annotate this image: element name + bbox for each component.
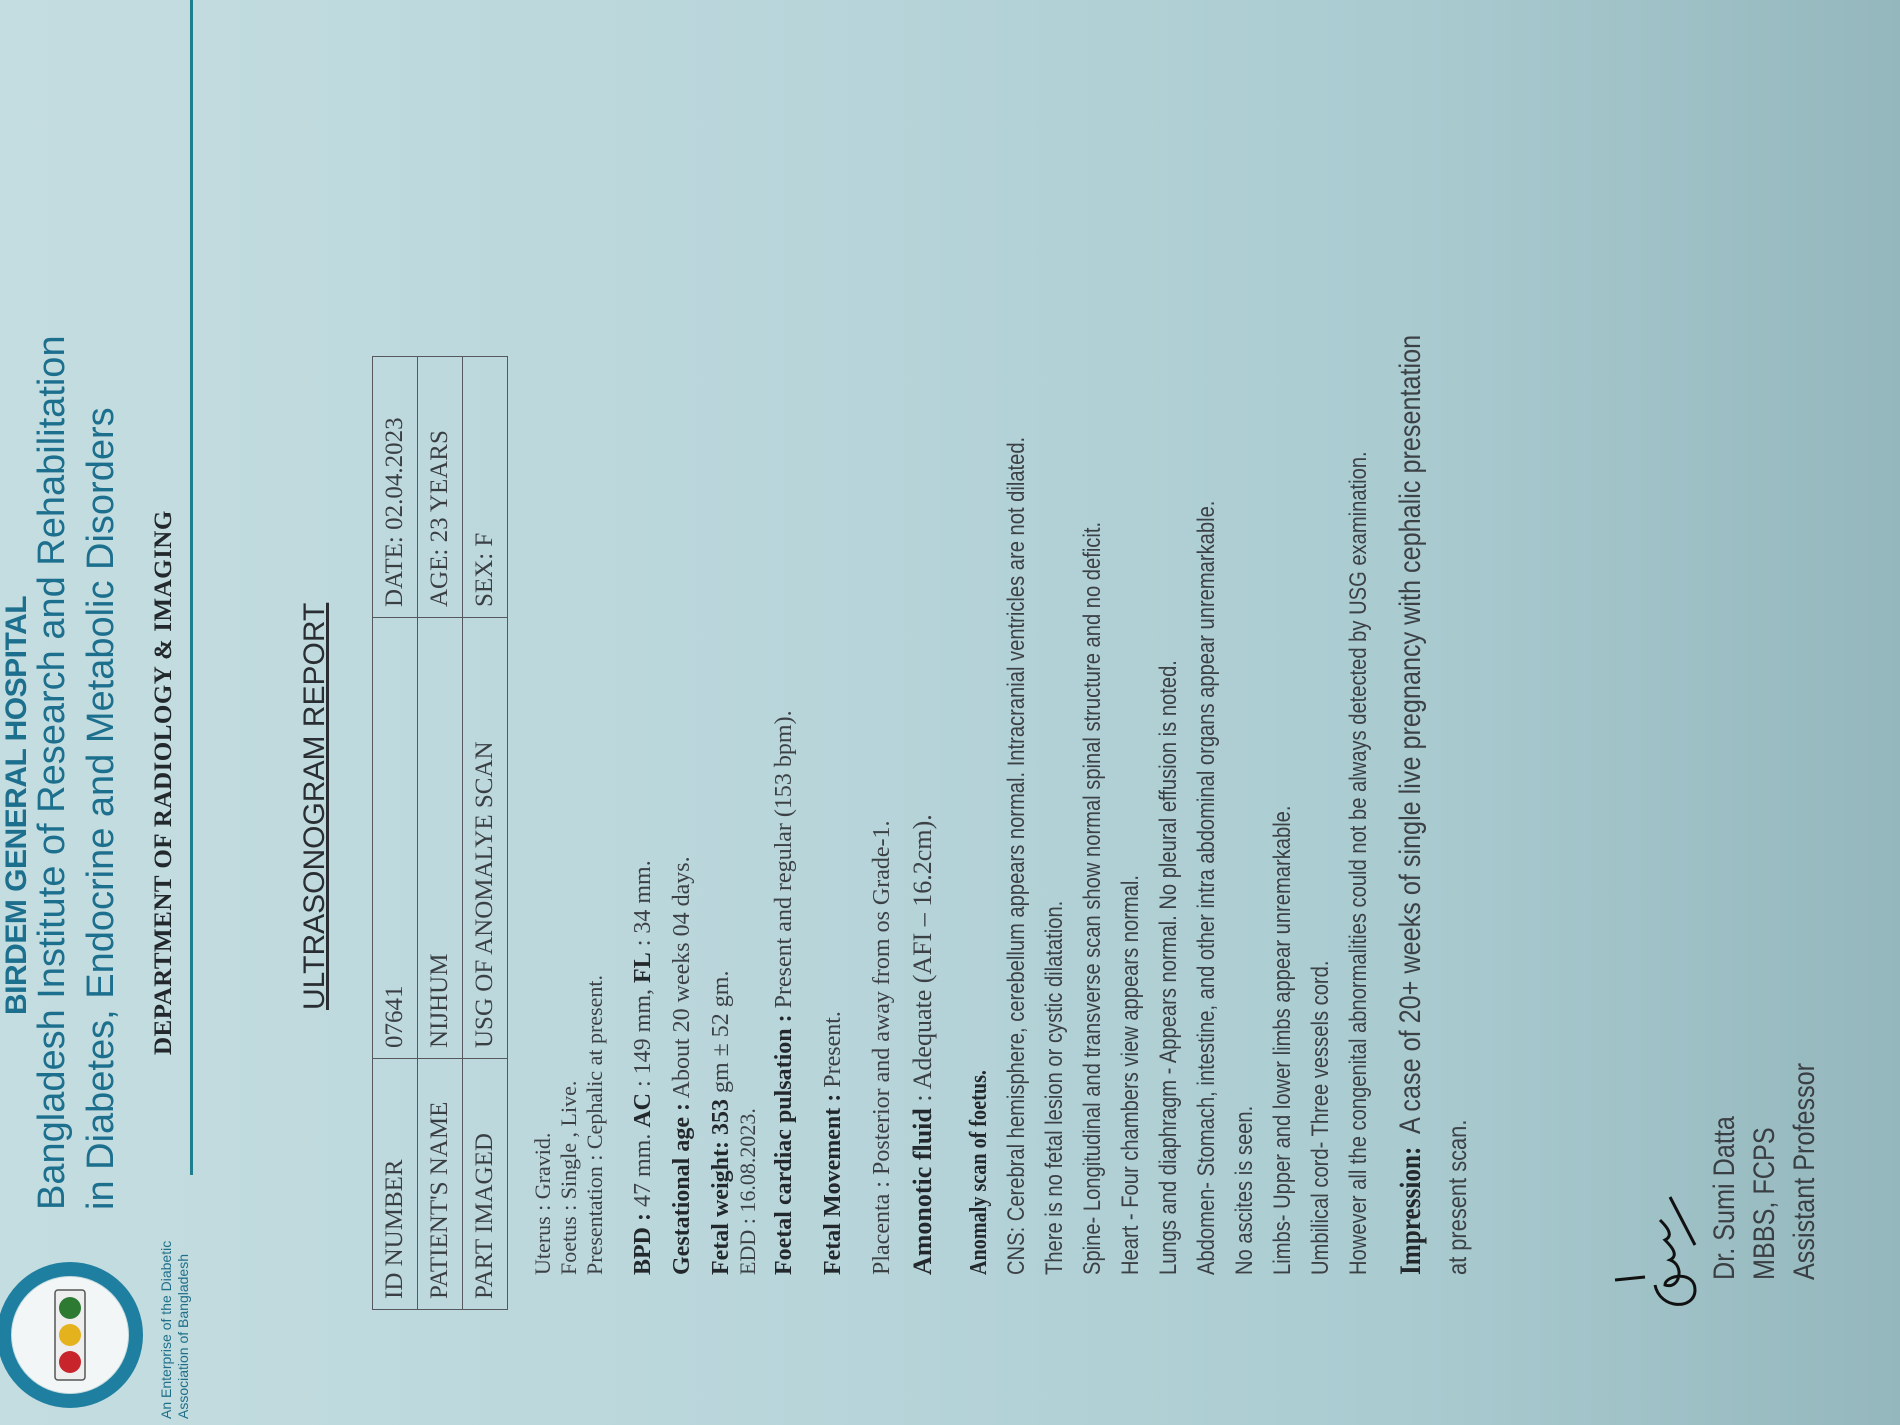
patient-info-table: ID NUMBER07641DATE: 02.04.2023PATIENT'S … — [372, 356, 508, 1310]
table-cell-value: NIJHUM — [418, 618, 463, 1059]
table-cell-label: PART IMAGED — [463, 1059, 508, 1310]
anomaly-finding: No ascites is seen. — [1226, 217, 1264, 1275]
edd-line: EDD : 16.08.2023. — [735, 15, 761, 1275]
institute-line1: Bangladesh Institute of Research and Reh… — [28, 335, 77, 1210]
impression-text: A case of 20+ weeks of single live pregn… — [1394, 335, 1427, 1134]
table-row: PART IMAGEDUSG OF ANOMALYE SCANSEX: F — [463, 357, 508, 1310]
logo-caption: An Enterprise of the Diabetic Associatio… — [158, 1241, 192, 1419]
signature-icon — [1610, 1195, 1720, 1315]
report-title: ULTRASONOGRAM REPORT — [298, 603, 332, 1010]
fetal-movement-line: Fetal Movement : Present. — [820, 15, 847, 1275]
table-cell-value: 07641 — [373, 618, 418, 1059]
table-row: ID NUMBER07641DATE: 02.04.2023 — [373, 357, 418, 1310]
letterhead: An Enterprise of the Diabetic Associatio… — [0, 0, 190, 1425]
table-cell-label: PATIENT'S NAME — [418, 1059, 463, 1310]
report-page: An Enterprise of the Diabetic Associatio… — [0, 0, 1900, 1425]
foetus-line: Foetus : Single , Live. — [556, 15, 582, 1275]
institute-line2: in Diabetes, Endocrine and Metabolic Dis… — [77, 335, 126, 1210]
anomaly-finding: Umbilical cord- Three vessels cord. — [1302, 217, 1340, 1275]
table-cell-extra: SEX: F — [463, 357, 508, 618]
table-cell-label: ID NUMBER — [373, 1059, 418, 1310]
anomaly-scan-section: Anomaly scan of foetus. CNS: Cerebral he… — [960, 217, 1378, 1275]
doctor-name: Dr. Sumi Datta — [1705, 1063, 1745, 1280]
placenta-line: Placenta : Posterior and away from os Gr… — [869, 15, 896, 1275]
anomaly-finding: Heart - Four chambers view appears norma… — [1112, 217, 1150, 1275]
institute-name: Bangladesh Institute of Research and Reh… — [28, 335, 126, 1210]
table-cell-value: USG OF ANOMALYE SCAN — [463, 618, 508, 1059]
doctor-title: Assistant Professor — [1785, 1063, 1825, 1280]
cardiac-pulsation-line: Foetal cardiac pulsation : Present and r… — [771, 15, 798, 1275]
logo-caption-line2: Association of Bangladesh — [175, 1241, 192, 1419]
birdem-logo-icon — [0, 1260, 145, 1410]
department: DEPARTMENT OF RADIOLOGY & IMAGING — [150, 510, 178, 1055]
biometry-line: BPD : 47 mm. AC : 149 mm, FL : 34 mm. — [630, 15, 657, 1275]
doctor-degrees: MBBS, FCPS — [1745, 1063, 1785, 1280]
impression: Impression: A case of 20+ weeks of singl… — [1394, 217, 1473, 1275]
gestational-age-line: Gestational age : About 20 weeks 04 days… — [669, 15, 696, 1275]
presentation-line: Presentation : Cephalic at present. — [582, 15, 608, 1275]
logo-caption-line1: An Enterprise of the Diabetic — [158, 1241, 175, 1419]
impression-continuation: at present scan. — [1442, 217, 1473, 1275]
impression-label: Impression: — [1394, 1147, 1427, 1275]
table-row: PATIENT'S NAMENIJHUMAGE: 23 YEARS — [418, 357, 463, 1310]
anomaly-finding: Abdomen- Stomach, intestine, and other i… — [1188, 217, 1226, 1275]
uterus-line: Uterus : Gravid. — [530, 15, 556, 1275]
findings: Uterus : Gravid. Foetus : Single , Live.… — [530, 15, 1473, 1275]
anomaly-finding: Lungs and diaphragm - Appears normal. No… — [1150, 217, 1188, 1275]
header-divider — [190, 0, 193, 1175]
anomaly-finding: CNS: Cerebral hemisphere, cerebellum app… — [998, 217, 1036, 1275]
amniotic-fluid-line: Amonotic fluid : Adequate (AFI – 16.2cm)… — [908, 15, 938, 1275]
fetal-weight-line: Fetal weight: 353 gm ± 52 gm. — [708, 15, 735, 1275]
anomaly-finding: Limbs- Upper and lower limbs appear unre… — [1264, 217, 1302, 1275]
anomaly-heading: Anomaly scan of foetus. — [960, 217, 998, 1275]
table-cell-extra: DATE: 02.04.2023 — [373, 357, 418, 618]
anomaly-finding: However all the congenital abnormalities… — [1340, 217, 1378, 1275]
table-cell-extra: AGE: 23 YEARS — [418, 357, 463, 618]
signatory-block: Dr. Sumi Datta MBBS, FCPS Assistant Prof… — [1705, 1063, 1825, 1280]
anomaly-finding: Spine- Longitudinal and transverse scan … — [1074, 217, 1112, 1275]
anomaly-finding: There is no fetal lesion or cystic dilat… — [1036, 217, 1074, 1275]
